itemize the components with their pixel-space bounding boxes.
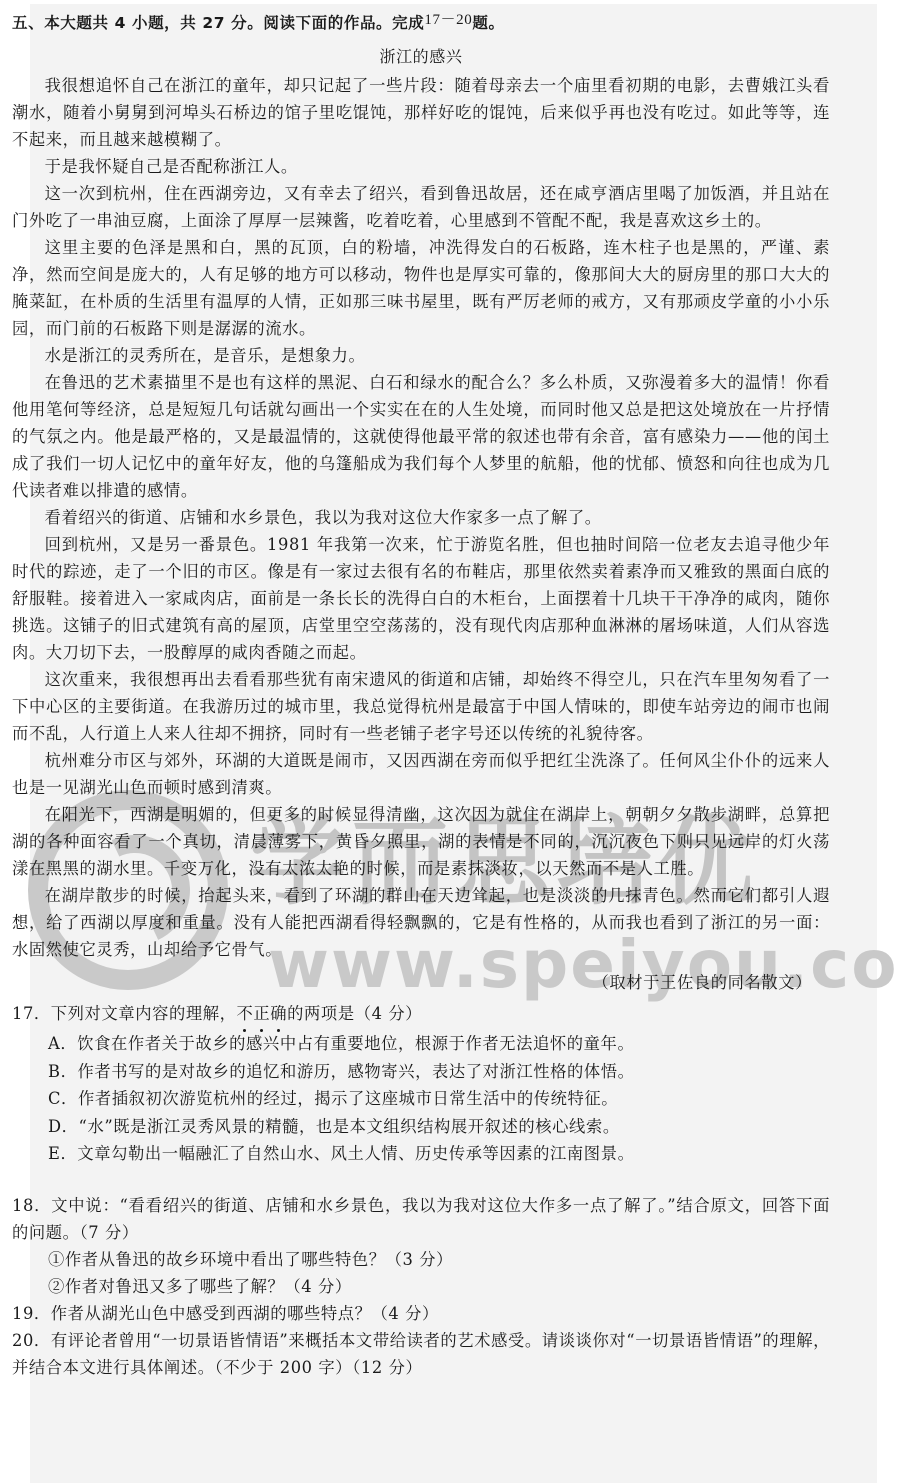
spacer — [12, 1168, 830, 1192]
article-paragraph: 回到杭州，又是另一番景色。1981 年我第一次来，忙于游览名胜，但也抽时间陪一位… — [12, 531, 830, 666]
article-paragraph: 水是浙江的灵秀所在，是音乐，是想象力。 — [12, 342, 830, 369]
question-17-stem: 17．下列对文章内容的理解，不正确的两项是（4 分） — [12, 1000, 830, 1027]
section-heading-prefix: 五、本大题共 4 小题，共 27 分。阅读下面的作品。完成 — [12, 14, 424, 32]
article-paragraph: 看着绍兴的街道、店铺和水乡景色，我以为我对这位大作家多一点了解了。 — [12, 504, 830, 531]
question-17-prefix: 17．下列对文章内容的理解， — [12, 1004, 237, 1023]
article-paragraph: 在鲁迅的艺术素描里不是也有这样的黑泥、白石和绿水的配合么？多么朴质，又弥漫着多大… — [12, 369, 830, 504]
option-b: B．作者书写的是对故乡的追忆和游历，感物寄兴，表达了对浙江性格的体悟。 — [12, 1058, 830, 1086]
emphasis-char: 正 — [253, 1000, 270, 1027]
emphasis-not-correct: 不正确 — [237, 1004, 288, 1023]
section-question-range: 17－20 — [424, 12, 472, 28]
question-17: 17．下列对文章内容的理解，不正确的两项是（4 分） A．饮食在作者关于故乡的感… — [12, 1000, 830, 1168]
option-d: D．“水”既是浙江灵秀风景的精髓，也是本文组织结构展开叙述的核心线索。 — [12, 1113, 830, 1141]
article-paragraph: 在阳光下，西湖是明媚的，但更多的时候显得清幽，这次因为就住在湖岸上，朝朝夕夕散步… — [12, 801, 830, 882]
section-heading: 五、本大题共 4 小题，共 27 分。阅读下面的作品。完成17－20题。 — [12, 8, 830, 39]
article-paragraph: 杭州难分市区与郊外，环湖的大道既是闹市，又因西湖在旁而似乎把红尘洗涤了。任何风尘… — [12, 747, 830, 801]
question-20: 20．有评论者曾用“一切景语皆情语”来概括本文带给读者的艺术感受。请谈谈你对“一… — [12, 1327, 830, 1381]
article-title: 浙江的感兴 — [12, 42, 830, 72]
article-paragraph: 这一次到杭州，住在西湖旁边，又有幸去了绍兴，看到鲁迅故居，还在咸亨酒店里喝了加饭… — [12, 180, 830, 234]
emphasis-char: 确 — [270, 1000, 287, 1027]
article-paragraph: 在湖岸散步的时候，抬起头来，看到了环湖的群山在天边耸起，也是淡淡的几抹青色。然而… — [12, 882, 830, 963]
section-heading-suffix: 题。 — [472, 14, 504, 32]
emphasis-char: 不 — [237, 1000, 254, 1027]
article-paragraph: 于是我怀疑自己是否配称浙江人。 — [12, 153, 830, 180]
option-e: E．文章勾勒出一幅融汇了自然山水、风土人情、历史传承等因素的江南图景。 — [12, 1140, 830, 1168]
question-19: 19．作者从湖光山色中感受到西湖的哪些特点？（4 分） — [12, 1300, 830, 1327]
article-paragraph: 这里主要的色泽是黑和白，黑的瓦顶，白的粉墙，冲洗得发白的石板路，连木柱子也是黑的… — [12, 234, 830, 342]
question-17-suffix: 的两项是（4 分） — [287, 1004, 422, 1023]
article-body: 我很想追怀自己在浙江的童年，却只记起了一些片段：随着母亲去一个庙里看初期的电影，… — [12, 72, 830, 963]
question-18: 18．文中说：“看看绍兴的街道、店铺和水乡景色，我以为我对这位大作多一点了解了。… — [12, 1192, 830, 1300]
option-c: C．作者插叙初次游览杭州的经过，揭示了这座城市日常生活中的传统特征。 — [12, 1085, 830, 1113]
question-17-options: A．饮食在作者关于故乡的感兴中占有重要地位，根源于作者无法追怀的童年。 B．作者… — [12, 1030, 830, 1168]
document-content: 五、本大题共 4 小题，共 27 分。阅读下面的作品。完成17－20题。 浙江的… — [12, 8, 830, 1381]
question-18-sub-2: ②作者对鲁迅又多了哪些了解？（4 分） — [12, 1273, 830, 1300]
question-18-sub-1: ①作者从鲁迅的故乡环境中看出了哪些特色？（3 分） — [12, 1246, 830, 1273]
article-paragraph: 我很想追怀自己在浙江的童年，却只记起了一些片段：随着母亲去一个庙里看初期的电影，… — [12, 72, 830, 153]
question-18-stem: 18．文中说：“看看绍兴的街道、店铺和水乡景色，我以为我对这位大作多一点了解了。… — [12, 1192, 830, 1246]
article-paragraph: 这次重来，我很想再出去看看那些犹有南宋遗风的街道和店铺，却始终不得空儿，只在汽车… — [12, 666, 830, 747]
article-source-citation: （取材于王佐良的同名散文） — [12, 969, 812, 996]
option-a: A．饮食在作者关于故乡的感兴中占有重要地位，根源于作者无法追怀的童年。 — [12, 1030, 830, 1058]
